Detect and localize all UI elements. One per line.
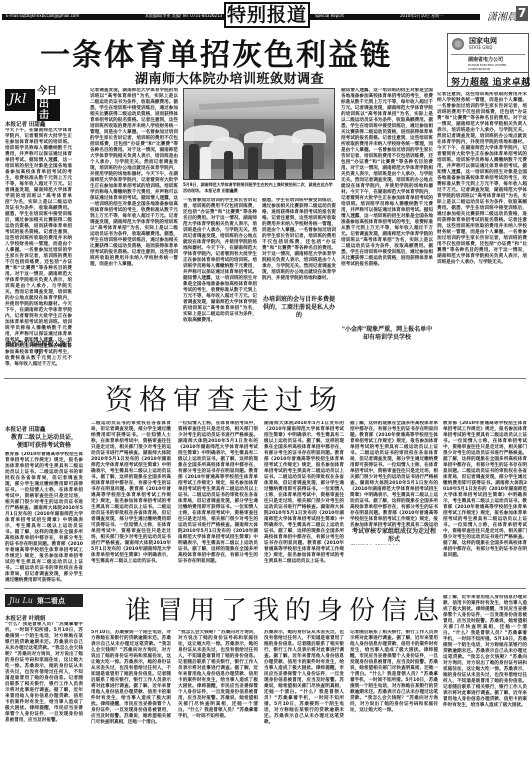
ad-divider <box>451 54 525 55</box>
column-badge-today: Jkl 今日 出击 <box>5 86 60 114</box>
story1-col2: 记者调查发现，湖南师范大学体育学院的培训班以“高考体育单招”为名，实际上是以二级… <box>90 88 178 376</box>
story2-headline: 资格审查走过场 <box>105 378 343 418</box>
story2-subhead: 教育二级以上运动员证，便即可获得考试资格 <box>10 434 78 450</box>
story2-col6: 教育部《2010年普通高等学校招生体育单招考试工作规定》规定，报名参加体育单招考… <box>443 421 527 582</box>
story1-col1: 今天下午，在湖南师范大学体育学院内，记者看到有大批学生正在参加体育单招考试的培训… <box>5 128 72 376</box>
section-title: 特别报道 <box>224 2 310 28</box>
story3-col3: “我怎么会欠钱呢？”苏桑向对方询问，对方说出了她的身份证号码和家庭住址，这让她大… <box>178 630 258 763</box>
story3-col6: 据了解，近年来冒用他人身份信息办理贷款、信用卡的案件时有发生，给当事人造成了极大… <box>443 595 527 763</box>
story1-col4: 据悉，学生在培训班中接受训练后，通过参加相关比赛获得二级运动员资格，进而获得体育… <box>262 198 336 376</box>
story2-col3: 一位知情人士称，在体育单招考试中，资格审查往往只是走过场，相关部门很少对考生的运… <box>178 421 258 582</box>
photo-caption: 5月9日，湖南师范大学体育学院培训班学生在校内上课时被拍到二次，就是在此办学活动… <box>183 182 335 194</box>
column-badge-second-look: Jiu Lu第二看点 <box>5 594 83 607</box>
story2-col5: 据了解，这样的现象在全国多所高校体育单招中都存在，有部分考生的证书存在明显问题。… <box>350 421 438 582</box>
story1-subhead-1: 贵办学生每年报收入逾千万 <box>5 341 72 357</box>
masthead-editor-info: 本版编辑/李勇 美编/ Tel: 0731-84326213 <box>145 13 222 19</box>
story2-col1: 教育部《2010年普通高等学校招生体育单招考试工作规定》规定，报名参加体育单招考… <box>5 452 83 582</box>
masthead-email: E-mail:sqtzbjkhnxbccalll@gmail.com <box>6 13 79 18</box>
signature-icon: Jiu Lu <box>5 596 37 605</box>
issue-date: 2010年5月10日 星期一 <box>400 13 443 19</box>
page-number: 7 <box>516 6 528 21</box>
story1-byline: 本报记者 田甜鑫 <box>5 120 45 128</box>
state-grid-logo-icon <box>452 38 464 50</box>
story2-col2: 二级运动员证书的审批权在各省体育局，但记者调查发现，部分学生通过缴纳费用即可获得… <box>91 421 171 582</box>
ad-subsidiary-en: HUNAN ELECTRIC POWER CORPORATION <box>468 63 528 71</box>
ad-subsidiary: 湖南省电力公司 <box>468 56 503 63</box>
signature-icon: Jkl <box>5 89 35 111</box>
badge-line2: 出击 <box>37 99 60 121</box>
story3-col4: 苏桑表示，她的身份证从未丢失过，也没有借给过任何人，不知道是谁冒用了她的身份信息… <box>264 630 344 763</box>
story3-byline: 本报记者 叶晓娟 <box>5 614 45 622</box>
story1-col6: 记者注意到，这些培训班所收取的费用并未纳入学校财务统一管理，而是由个人掌握。一名… <box>437 92 527 376</box>
ad-company-en: STATE GRID <box>469 45 492 50</box>
ad-slogan: 努力超越 追求卓越 <box>451 75 530 88</box>
story3-col5: 记者随后联系了相关银行，银行工作人员表示将对此事进行调查。据了解，近年来冒用他人… <box>350 630 438 763</box>
story2-byline: 本报记者 田甜鑫 <box>5 425 45 433</box>
story1-subheadline: 湖南师大体院办培训班敛财调查 <box>135 68 324 87</box>
section-divider <box>4 588 526 589</box>
state-grid-ad: 国家电网 STATE GRID 湖南省电力公司 HUNAN ELECTRIC P… <box>447 33 529 87</box>
masthead: E-mail:sqtzbjkhnxbccalll@gmail.com 本版编辑/… <box>0 0 530 30</box>
story2-col4: 湖南师大体院2010年5月1日发布的《2010年湖南师范大学体育单招考试招生简章… <box>264 421 344 582</box>
story3-headline: 谁冒用了我的身份信息 <box>125 590 445 627</box>
story1-col3: 一名曾参加过培训的学生家长告诉记者，培训班的费用不仅包括训练费，还包括“办证费”… <box>183 198 257 376</box>
ad-divider <box>448 72 528 73</box>
story3-col2: 5月10日，苏桑接到一个陌生电话，对方称她在某银行的贷款逾期未还。苏桑表示自己从… <box>91 630 171 763</box>
story1-subhead-3: "小金库"现象严重，网上报名单中却有培训学员学校 <box>341 326 433 342</box>
story2-subhead-2: 考试审核专家组组成仅为走过程形式 <box>350 528 438 544</box>
news-photo-umbrellas <box>183 88 335 180</box>
story1-subhead-2: 办培训班的会与目许多费提供的，工商注册说是私人办的 <box>262 296 336 320</box>
story3-col1: “什么？我是冒领人员？”苏桑拿着手机，一时间不知所措。5月10日，苏桑接到一个陌… <box>5 622 83 763</box>
badge-label: 第二看点 <box>37 597 65 605</box>
section-title-en: Special Report <box>315 13 344 18</box>
badge-line1: 今日 <box>37 86 57 97</box>
